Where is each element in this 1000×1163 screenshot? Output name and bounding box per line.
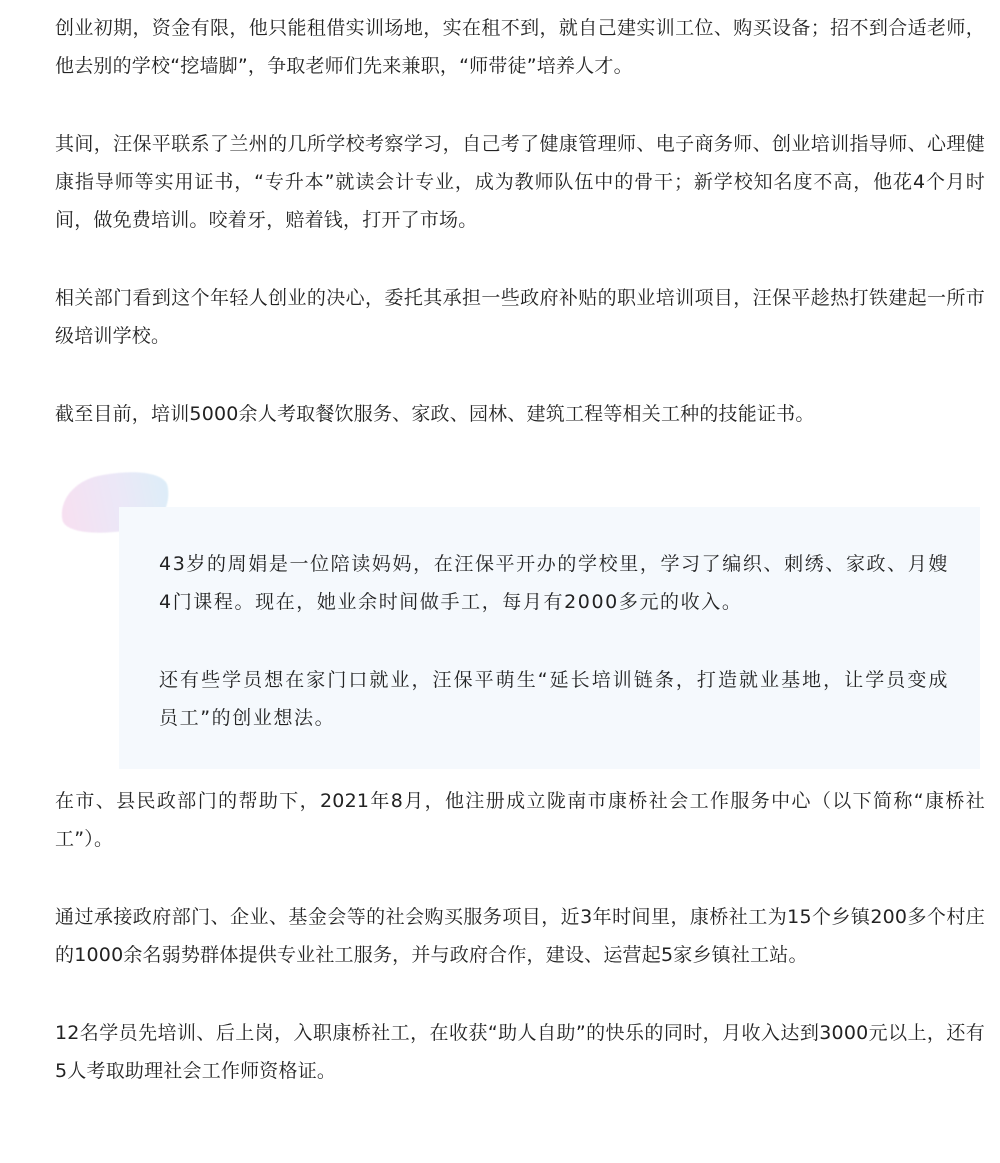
paragraph-startup-period: 创业初期，资金有限，他只能租借实训场地，实在租不到，就自己建实训工位、购买设备；…: [55, 9, 985, 85]
paragraph-training-school: 相关部门看到这个年轻人创业的决心，委托其承担一些政府补贴的职业培训项目，汪保平趁…: [55, 279, 985, 355]
paragraph-student-employment: 12名学员先培训、后上岗，入职康桥社工，在收获“助人自助”的快乐的同时，月收入达…: [55, 1014, 985, 1090]
paragraph-gap: [55, 355, 985, 395]
paragraph-gap: [159, 621, 949, 661]
quote-box: 43岁的周娟是一位陪读妈妈，在汪保平开办的学校里，学习了编织、刺绣、家政、月嫂4…: [119, 507, 980, 769]
article-continuation: 在市、县民政部门的帮助下，2021年8月，他注册成立陇南市康桥社会工作服务中心（…: [55, 782, 985, 1090]
paragraph-training-results: 截至目前，培训5000余人考取餐饮服务、家政、园林、建筑工程等相关工种的技能证书…: [55, 395, 985, 433]
paragraph-gap: [55, 239, 985, 279]
quote-text: 43岁的周娟是一位陪读妈妈，在汪保平开办的学校里，学习了编织、刺绣、家政、月嫂4…: [159, 545, 949, 737]
article-body: 创业初期，资金有限，他只能租借实训场地，实在租不到，就自己建实训工位、购买设备；…: [55, 9, 985, 1090]
quote-block: 43岁的周娟是一位陪读妈妈，在汪保平开办的学校里，学习了编织、刺绣、家政、月嫂4…: [55, 473, 985, 778]
paragraph-gap: [55, 85, 985, 125]
quote-paragraph-zhou-juan: 43岁的周娟是一位陪读妈妈，在汪保平开办的学校里，学习了编织、刺绣、家政、月嫂4…: [159, 545, 949, 621]
paragraph-kangqiao-founding: 在市、县民政部门的帮助下，2021年8月，他注册成立陇南市康桥社会工作服务中心（…: [55, 782, 985, 858]
paragraph-gap: [55, 974, 985, 1014]
quote-paragraph-employment-idea: 还有些学员想在家门口就业，汪保平萌生“延长培训链条，打造就业基地，让学员变成员工…: [159, 661, 949, 737]
paragraph-social-services: 通过承接政府部门、企业、基金会等的社会购买服务项目，近3年时间里，康桥社工为15…: [55, 898, 985, 974]
paragraph-gap: [55, 858, 985, 898]
paragraph-study-certificates: 其间，汪保平联系了兰州的几所学校考察学习，自己考了健康管理师、电子商务师、创业培…: [55, 125, 985, 239]
